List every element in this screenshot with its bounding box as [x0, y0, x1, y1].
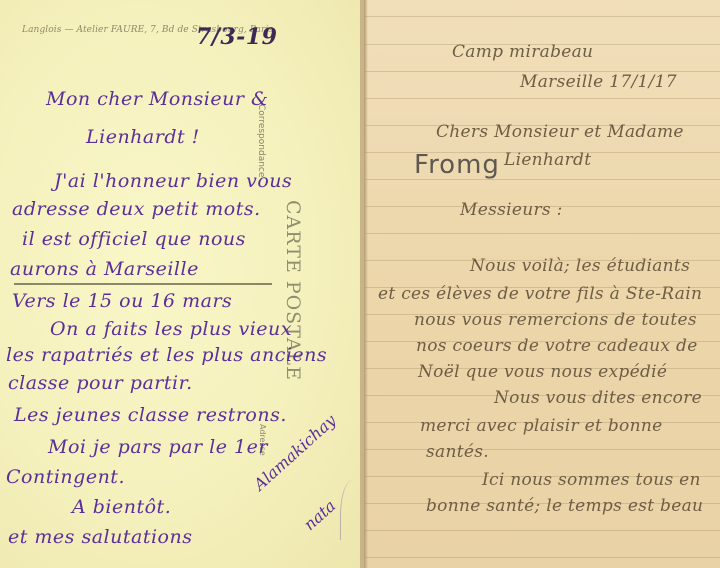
underline-rule — [14, 283, 272, 285]
letter-panel: Camp mirabeau Marseille 17/1/17 Chers Mo… — [364, 0, 720, 568]
letter-line: Nous vous dites encore — [494, 388, 702, 408]
postcard-line: Les jeunes classe restrons. — [14, 404, 287, 426]
letter-line: nos coeurs de votre cadeaux de — [416, 336, 698, 356]
postcard-line: classe pour partir. — [8, 372, 193, 394]
letter-header-date: Marseille 17/1/17 — [520, 72, 677, 92]
postcard-line: Vers le 15 ou 16 mars — [12, 290, 232, 312]
postcard-line: Mon cher Monsieur & — [46, 88, 268, 110]
postcard-closing: et mes salutations — [8, 526, 192, 548]
letter-greeting: Messieurs : — [460, 200, 563, 220]
postcard-line: il est officiel que nous — [22, 228, 246, 250]
postcard-line: adresse deux petit mots. — [12, 198, 261, 220]
letter-line: nous vous remercions de toutes — [414, 310, 697, 330]
letter-line: Noël que vous nous expédié — [418, 362, 667, 382]
letter-line: santés. — [426, 442, 489, 462]
postcard-line: Moi je pars par le 1er — [48, 436, 268, 458]
postcard-line: Contingent. — [6, 466, 125, 488]
letter-line: bonne santé; le temps est beau — [426, 496, 703, 516]
pen-stroke-decoration — [340, 480, 360, 540]
postcard-signature-2: nata — [300, 496, 339, 534]
letter-line: merci avec plaisir et bonne — [420, 416, 662, 436]
letter-line: Ici nous sommes tous en — [482, 470, 701, 490]
letter-line: et ces élèves de votre fils à Ste-Rain — [378, 284, 702, 304]
postcard-date: 7/3-19 — [196, 24, 277, 50]
postcard-line: Lienhardt ! — [86, 126, 200, 148]
letter-salutation: Chers Monsieur et Madame — [436, 122, 684, 142]
letter-header-place: Camp mirabeau — [452, 42, 593, 62]
postcard-panel: Langlois — Atelier FAURE, 7, Bd de Stras… — [0, 0, 360, 568]
paper-edge — [364, 0, 368, 568]
correspondance-label: Correspondance — [256, 104, 266, 177]
postcard-line: aurons à Marseille — [10, 258, 199, 280]
postcard-line: J'ai l'honneur bien vous — [54, 170, 292, 192]
letter-salutation-name: Lienhardt — [504, 150, 591, 170]
letter-line: Nous voilà; les étudiants — [470, 256, 690, 276]
postcard-line: les rapatriés et les plus anciens — [6, 344, 327, 366]
postcard-closing: A bientôt. — [72, 496, 171, 518]
side-name-annotation: Fromg — [414, 150, 500, 180]
postcard-line: On a faits les plus vieux — [50, 318, 292, 340]
